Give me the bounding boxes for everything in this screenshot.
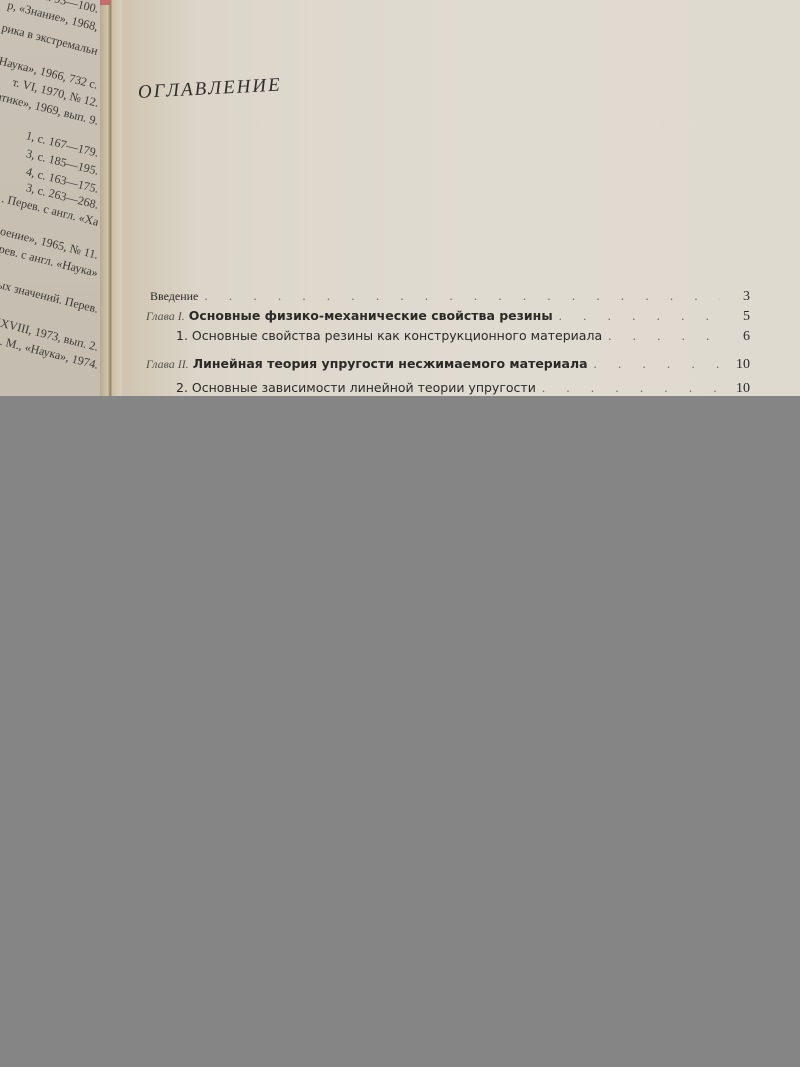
toc-entry-title: Линейная теория упругости несжимаемого м… <box>193 356 588 371</box>
reference-line: ных значений. Перев. <box>0 276 100 317</box>
toc-entry-page: 10 <box>726 381 750 396</box>
dot-leader: . . . . . . . . . . . . . . . . . . . . … <box>559 308 720 324</box>
book-gutter <box>100 0 122 396</box>
toc-entry-title: Основные физико-механические свойства ре… <box>189 308 553 323</box>
toc-entry-page: 10 <box>726 357 750 373</box>
toc-entry-page: 6 <box>726 329 750 345</box>
right-page: ОГЛАВЛЕНИЕ Введение . . . . . . . . . . … <box>122 0 800 396</box>
book-photo: 28, 4, с. 95—100. р, «Знание», 1968, рик… <box>0 0 800 396</box>
toc-entry: Введение . . . . . . . . . . . . . . . .… <box>146 288 750 305</box>
toc-entry-page: 3 <box>726 289 750 305</box>
toc-entry-label: Глава II. <box>146 357 189 372</box>
toc-entry: 2. Основные зависимости линейной теории … <box>176 380 750 396</box>
left-page: 28, 4, с. 95—100. р, «Знание», 1968, рик… <box>0 0 102 396</box>
toc-entry-label: Глава I. <box>146 309 185 324</box>
toc-entry-page: 5 <box>726 309 750 325</box>
toc-heading: ОГЛАВЛЕНИЕ <box>137 74 282 104</box>
dot-leader: . . . . . . . . . . . . . . . . . . . . … <box>542 380 720 396</box>
toc-entry: Глава I. Основные физико-механические св… <box>146 308 750 325</box>
gray-mask-region <box>0 396 800 1067</box>
dot-leader: . . . . . . . . . . . . . . . . . . . . … <box>594 356 720 372</box>
page-edge-mark <box>100 0 110 5</box>
dot-leader: . . . . . . . . . . . . . . . . . . . . … <box>608 328 720 344</box>
dot-leader: . . . . . . . . . . . . . . . . . . . . … <box>204 288 720 304</box>
toc-entry-title: Введение <box>150 289 198 304</box>
toc-entry: 1. Основные свойства резины как конструк… <box>176 328 750 345</box>
toc-entry: Глава II. Линейная теория упругости несж… <box>146 356 750 373</box>
toc-entry-title: 2. Основные зависимости линейной теории … <box>176 380 536 395</box>
toc-entry-title: 1. Основные свойства резины как конструк… <box>176 328 602 343</box>
